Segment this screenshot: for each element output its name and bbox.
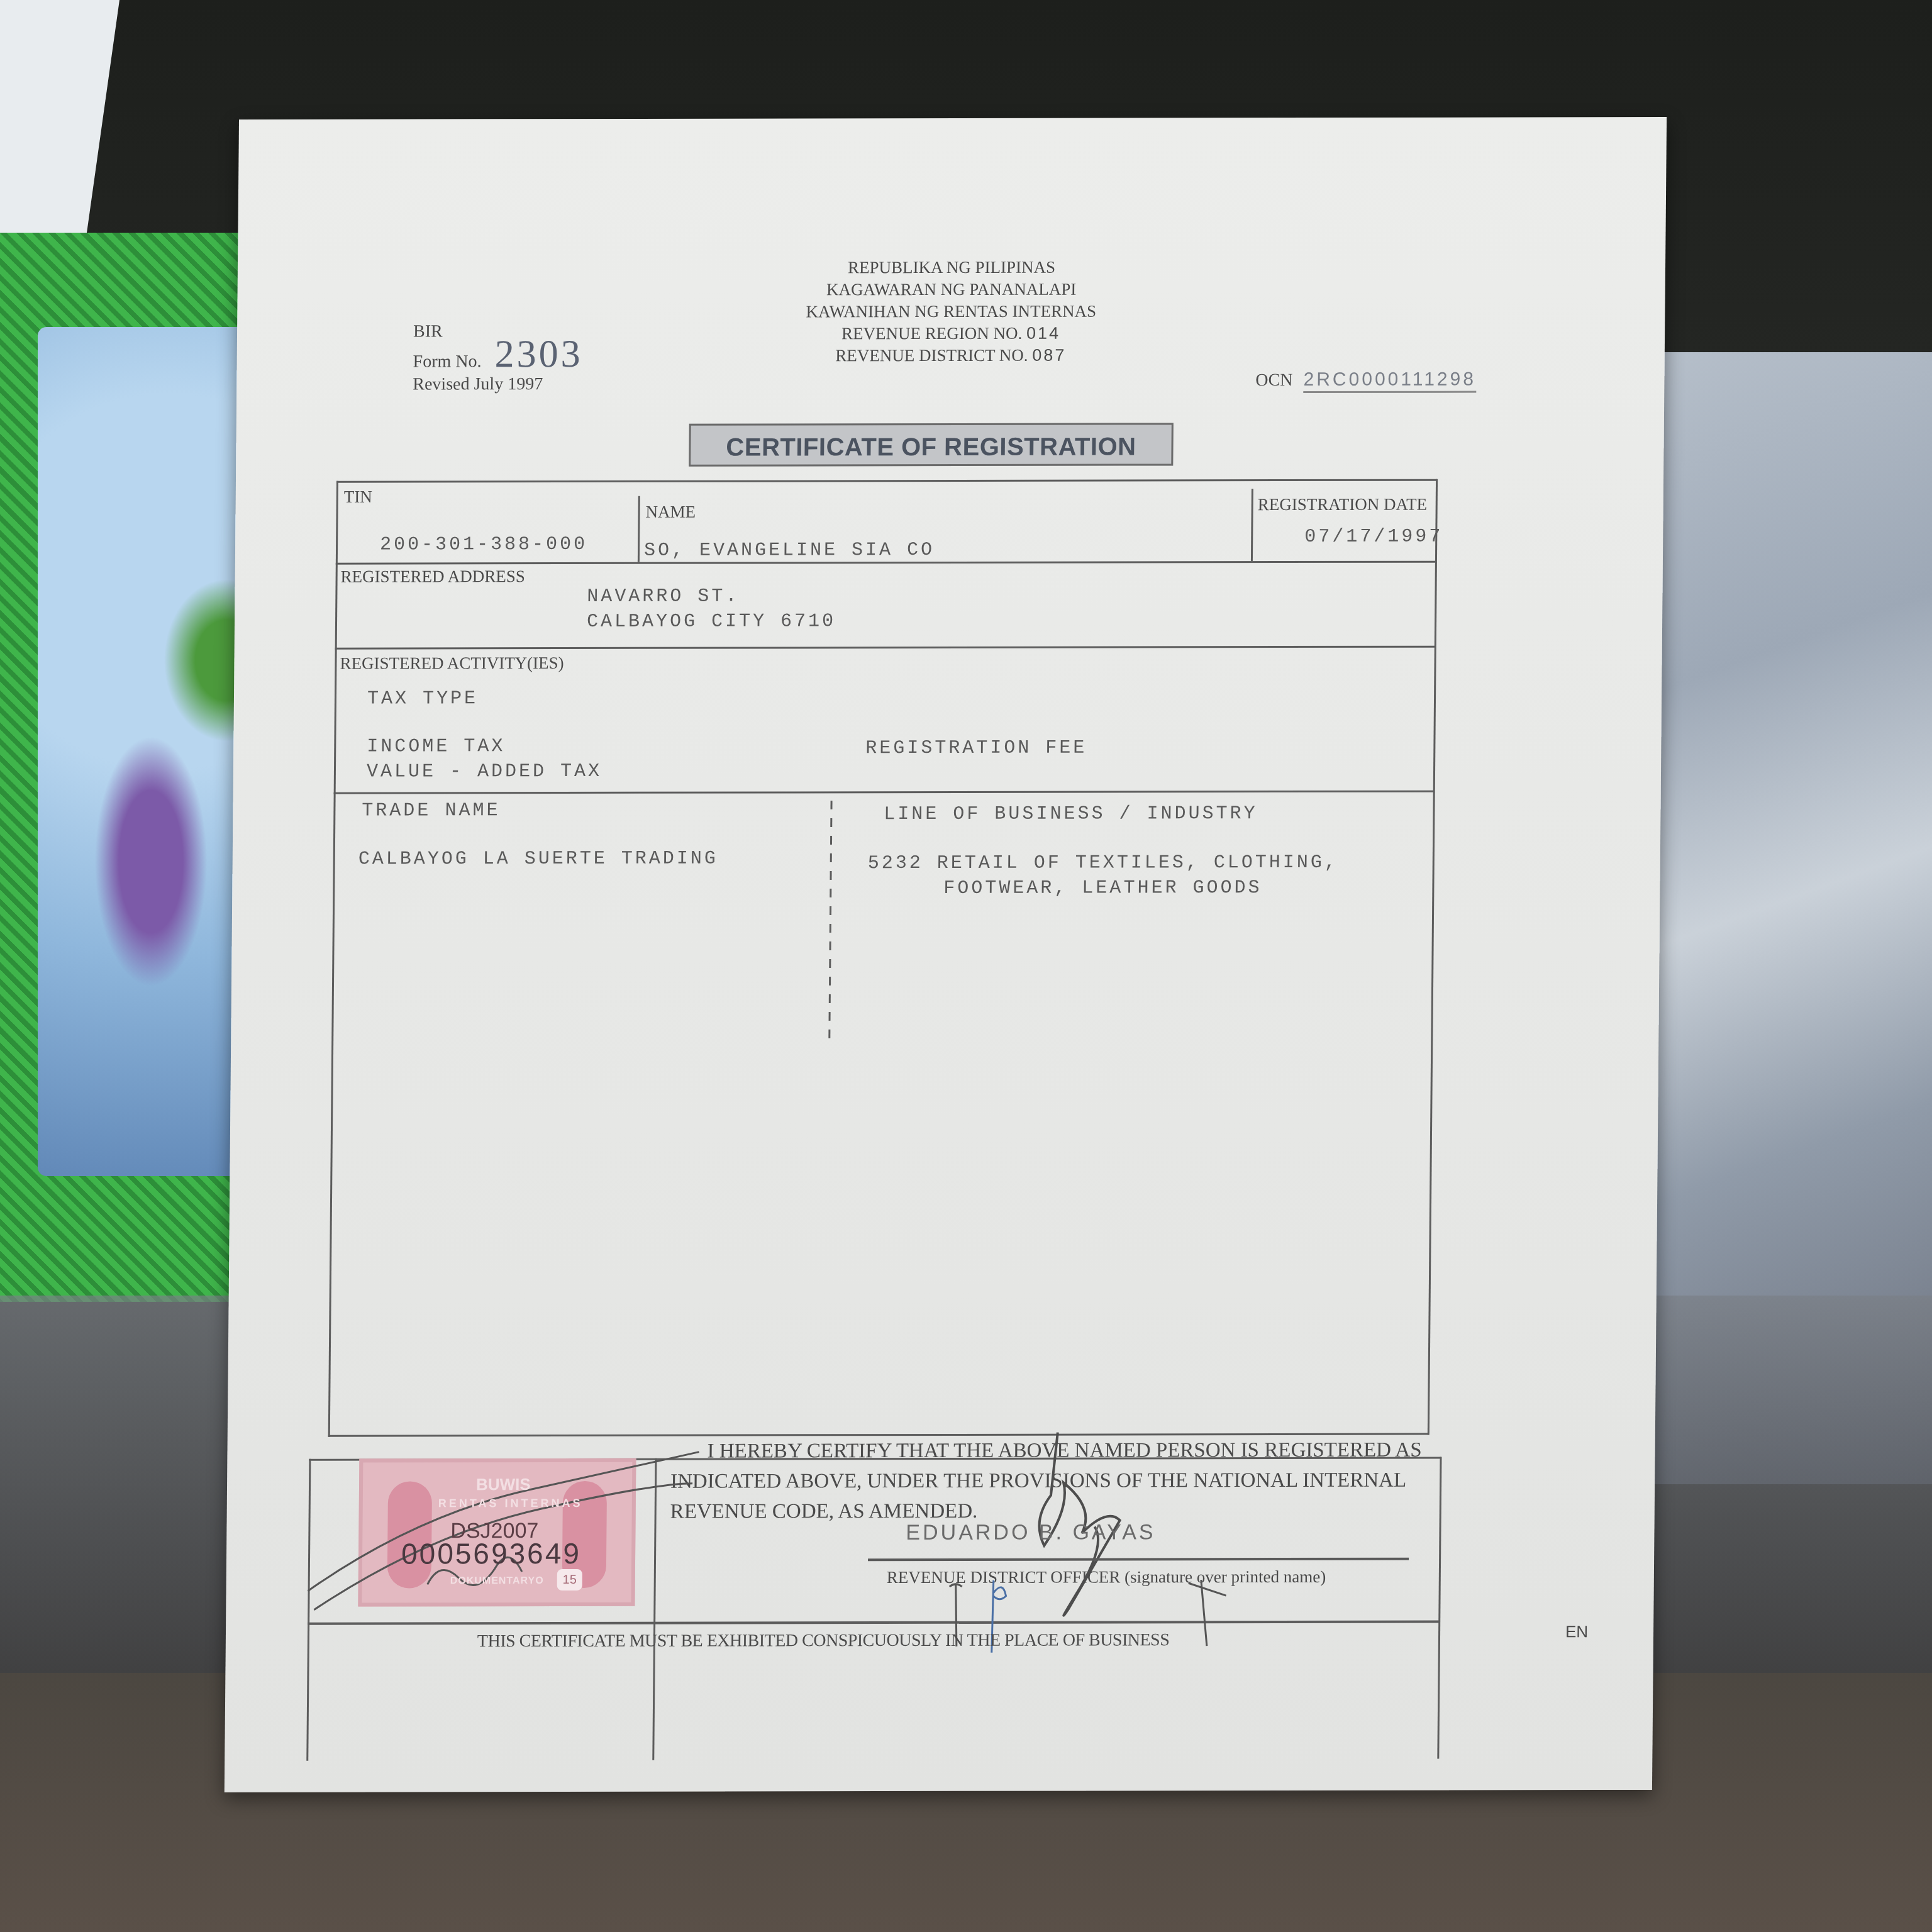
tax-type-item: VALUE - ADDED TAX [367, 759, 602, 785]
name-value: SO, EVANGELINE SIA CO [644, 540, 935, 562]
divider [336, 479, 1437, 483]
signature-line [868, 1558, 1409, 1562]
registration-fee: REGISTRATION FEE [865, 738, 1087, 760]
address-value: NAVARRO ST. CALBAYOG CITY 6710 [587, 584, 836, 635]
agency-line: KAGAWARAN NG PANANALAPI [237, 277, 1665, 302]
ocn: OCN 2RC0000111298 [1255, 369, 1476, 391]
divider [335, 646, 1436, 650]
form-revision: Revised July 1997 [413, 373, 582, 396]
ocn-value: 2RC0000111298 [1303, 369, 1476, 393]
registration-date-label: REGISTRATION DATE [1258, 495, 1428, 514]
trade-name-label: TRADE NAME [362, 800, 500, 821]
trade-name-value: CALBAYOG LA SUERTE TRADING [358, 848, 718, 870]
region-number: 014 [1026, 324, 1060, 343]
tin-value: 200-301-388-000 [380, 534, 587, 556]
stamp-denomination: 15 [557, 1569, 582, 1591]
dashed-divider [828, 801, 832, 1040]
footer-note: THIS CERTIFICATE MUST BE EXHIBITED CONSP… [477, 1630, 1170, 1652]
certificate-document: REPUBLIKA NG PILIPINAS KAGAWARAN NG PANA… [225, 117, 1667, 1792]
line-of-business-value: 5232 RETAIL OF TEXTILES, CLOTHING, FOOTW… [867, 850, 1338, 901]
officer-name: EDUARDO B. GAYAS [906, 1520, 1156, 1545]
stamp-subtitle: RENTAS INTERNAS [438, 1497, 583, 1510]
divider [1251, 489, 1253, 561]
name-label: NAME [645, 502, 696, 522]
address-label: REGISTERED ADDRESS [341, 567, 526, 587]
divider [1428, 479, 1438, 1435]
form-no-label: Form No. [413, 352, 482, 371]
stamp-title: BUWIS [476, 1475, 531, 1494]
tax-type-header: TAX TYPE [367, 688, 478, 709]
divider [334, 791, 1435, 794]
divider [328, 481, 338, 1437]
footer-code: EN [1565, 1622, 1588, 1641]
activities-label: REGISTERED ACTIVITY(IES) [340, 653, 564, 674]
registration-date-value: 07/17/1997 [1304, 526, 1443, 548]
tin-label: TIN [344, 487, 372, 507]
ocn-label: OCN [1255, 370, 1292, 390]
stamp-serial: 0005693649 [401, 1536, 581, 1570]
line-of-business-label: LINE OF BUSINESS / INDUSTRY [884, 803, 1257, 825]
tax-type-list: INCOME TAX VALUE - ADDED TAX [367, 734, 602, 785]
divider [336, 561, 1436, 565]
stamp-footer: DOKUMENTARYO [450, 1575, 544, 1587]
tax-type-item: INCOME TAX [367, 734, 602, 760]
district-number: 087 [1032, 346, 1066, 365]
form-identifier: BIR Form No. 2303 Revised July 1997 [413, 320, 583, 396]
agency-line: REPUBLIKA NG PILIPINAS [238, 255, 1665, 280]
divider [638, 496, 640, 562]
certificate-title: CERTIFICATE OF REGISTRATION [689, 423, 1174, 466]
form-number: 2303 [494, 333, 583, 375]
